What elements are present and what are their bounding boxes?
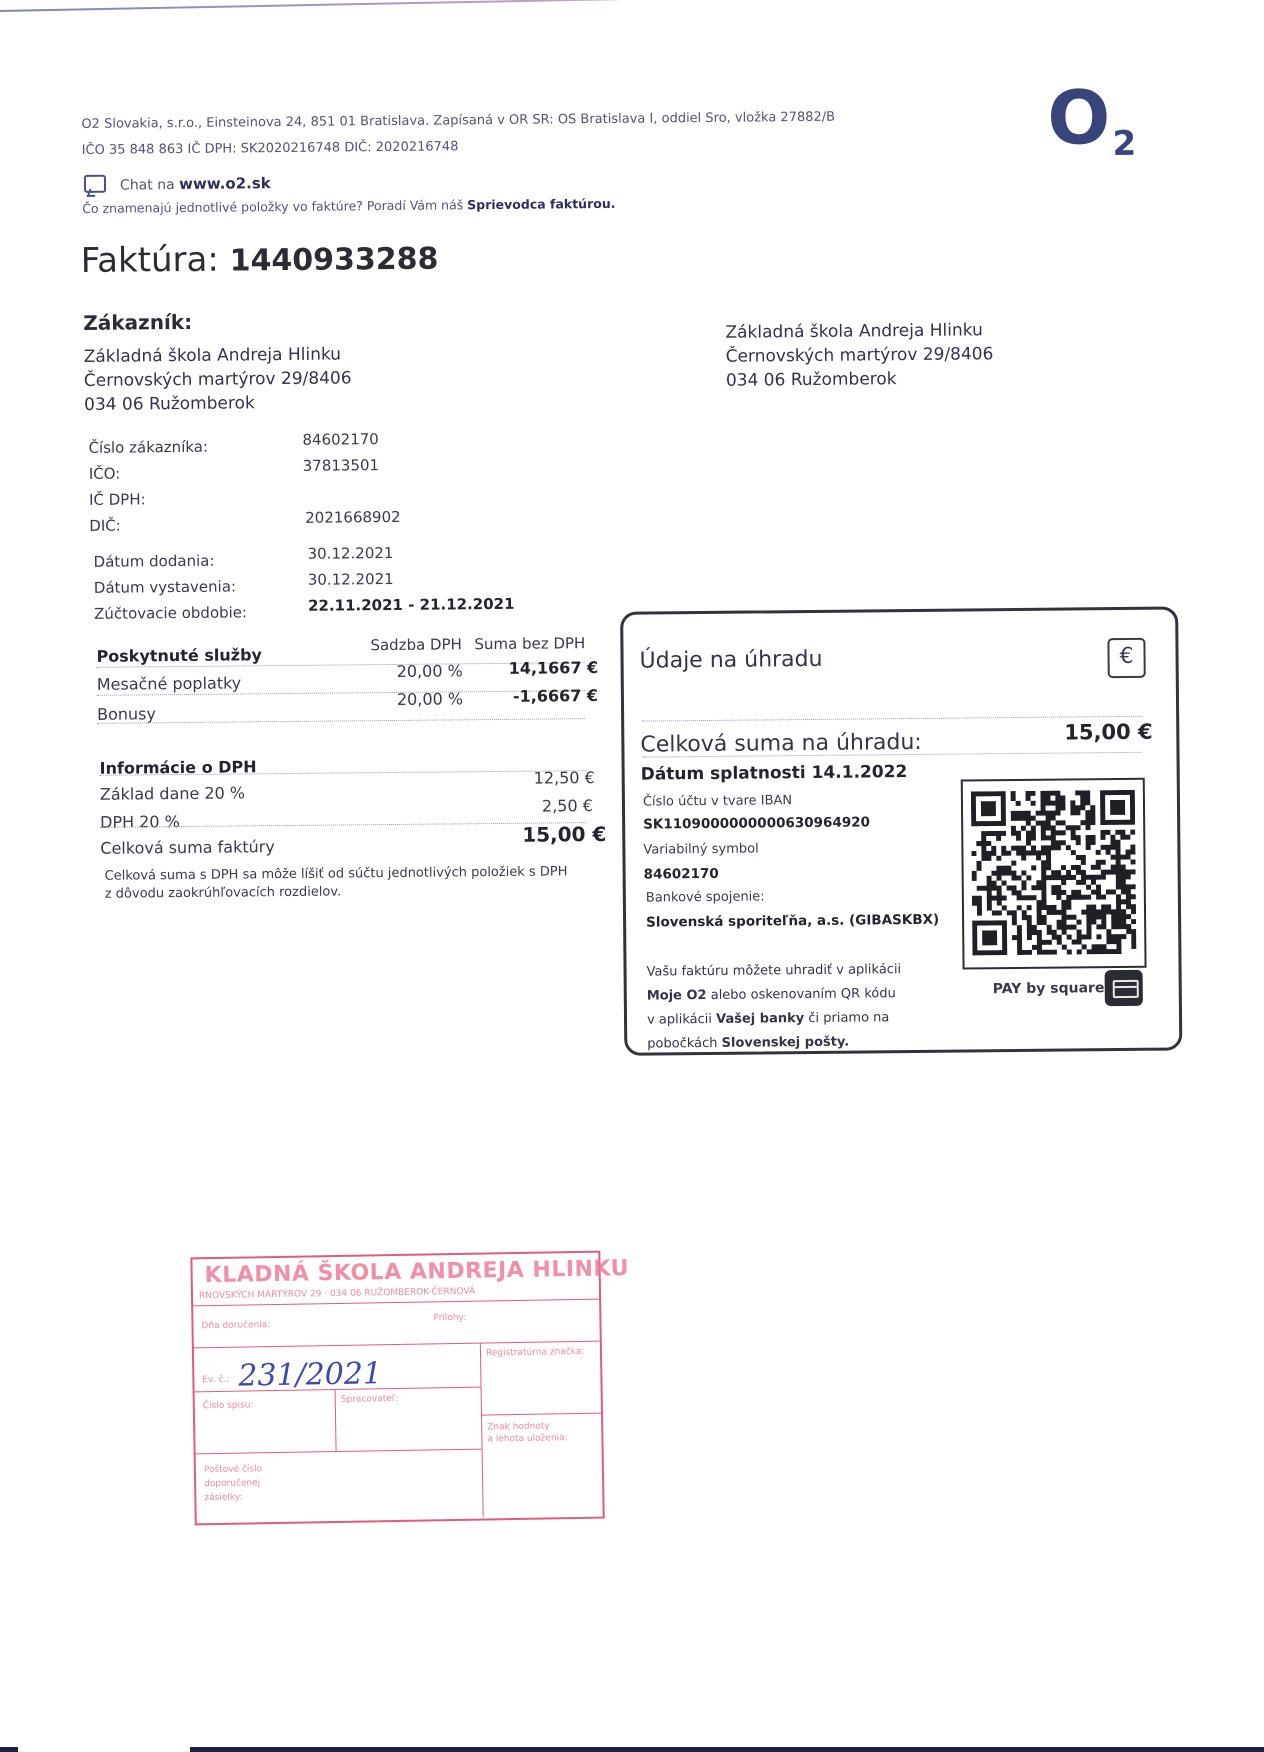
field-label: IČO:	[89, 465, 121, 483]
payment-info-text: Vašu faktúru môžete uhradiť v aplikácii	[647, 962, 902, 979]
field-value-customer-number: 84602170	[302, 430, 379, 449]
stamp-line	[196, 1449, 482, 1455]
stamp-post-label-2: doporučenej	[204, 1478, 260, 1489]
stamp-post-label-3: zásielky:	[204, 1493, 242, 1504]
divider	[97, 718, 585, 724]
service-sum: -1,6667 €	[513, 686, 598, 706]
service-name: Mesačné poplatky	[97, 673, 242, 693]
col-sum-header: Suma bez DPH	[474, 634, 585, 653]
payment-info-text: alebo oskenovaním QR kódu	[706, 986, 895, 1003]
euro-document-icon: €	[1107, 638, 1145, 678]
payment-info: Vašu faktúru môžete uhradiť v aplikácii …	[646, 958, 901, 1056]
stamp-ev-label: Ev. č.:	[202, 1375, 229, 1385]
vat-label: Celková suma faktúry	[100, 837, 275, 858]
issue-date: 30.12.2021	[308, 570, 394, 589]
stamp-registry-label: Registratúrna značka:	[486, 1347, 585, 1359]
rounding-note: Celková suma s DPH sa môže líšiť od súčt…	[105, 864, 568, 883]
vat-base-value: 12,50 €	[534, 768, 595, 788]
payment-info-text: pobočkách	[647, 1036, 721, 1052]
guide-link[interactable]: Sprievodca faktúrou.	[467, 196, 615, 212]
company-ids: IČO 35 848 863 IČ DPH: SK2020216748 DIČ:…	[82, 139, 459, 158]
stamp-line	[480, 1343, 484, 1517]
stamp-retention-label: Znak hodnoty	[487, 1421, 550, 1432]
vat-label: Základ dane 20 %	[100, 783, 245, 803]
invoice-title-label: Faktúra:	[81, 240, 219, 281]
mailing-address: Základná škola Andreja Hlinku Černovskýc…	[725, 318, 993, 393]
iban-value: SK1109000000000630964920	[643, 814, 870, 832]
bank-value: Slovenská sporiteľňa, a.s. (GIBASKBX)	[646, 912, 939, 931]
stamp-post-label: Poštové číslo	[204, 1464, 262, 1475]
bank-app-text: Vašej banky	[716, 1011, 804, 1027]
invoice-number: 1440933288	[229, 242, 438, 279]
iban-label: Číslo účtu v tvare IBAN	[643, 793, 792, 809]
qr-code-frame	[961, 778, 1147, 970]
logo-2: 2	[1112, 124, 1136, 164]
invoice-title: Faktúra: 1440933288	[81, 238, 439, 281]
company-info: O2 Slovakia, s.r.o., Einsteinova 24, 851…	[81, 110, 835, 132]
vs-label: Variabilný symbol	[643, 841, 758, 857]
o2-logo: O2	[1047, 81, 1134, 170]
vat-amount-value: 2,50 €	[542, 796, 593, 815]
billing-period: 22.11.2021 - 21.12.2021	[308, 595, 515, 615]
stamp-subtitle: RNOVSKÝCH MARTÝROV 29 · 034 06 RUŽOMBERO…	[199, 1287, 475, 1302]
moje-o2-text: Moje O2	[647, 988, 707, 1004]
stamp-attachments-label: Prílohy:	[433, 1313, 466, 1324]
chat-line: Chat na www.o2.sk	[84, 173, 271, 194]
field-label: DIČ:	[89, 517, 121, 535]
pay-by-square-label: PAY by square	[993, 980, 1105, 997]
due-date: Dátum splatnosti 14.1.2022	[641, 762, 908, 785]
qr-code[interactable]	[971, 790, 1137, 956]
delivery-date: 30.12.2021	[307, 544, 393, 563]
vat-label: DPH 20 %	[100, 812, 180, 832]
field-label: IČ DPH:	[89, 490, 146, 509]
payment-info-text: v aplikácii	[647, 1012, 716, 1028]
service-rate: 20,00 %	[397, 689, 463, 709]
field-value-ico: 37813501	[303, 456, 380, 475]
stamp-line	[481, 1413, 601, 1416]
service-sum: 14,1667 €	[509, 658, 599, 678]
payment-info-text: či priamo na	[804, 1010, 889, 1026]
field-value-dic: 2021668902	[305, 508, 401, 527]
field-label: Číslo zákazníka:	[88, 438, 208, 457]
bank-label: Bankové spojenie:	[646, 889, 765, 905]
stamp-date-label: Dňa doručenia:	[201, 1320, 270, 1331]
payment-card-icon	[1105, 970, 1143, 1006]
customer-heading: Zákazník:	[83, 310, 192, 335]
payment-heading: Údaje na úhradu	[639, 647, 822, 674]
service-name: Bonusy	[97, 704, 156, 724]
chat-link[interactable]: www.o2.sk	[179, 174, 271, 193]
customer-address: Základná škola Andreja Hlinku Černovskýc…	[84, 342, 352, 417]
payment-box: Údaje na úhradu € Celková suma na úhradu…	[620, 606, 1182, 1055]
guide-line: Čo znamenajú jednotlivé položky vo faktú…	[82, 196, 615, 216]
service-rate: 20,00 %	[397, 661, 463, 681]
invoice-page: O2 Slovakia, s.r.o., Einsteinova 24, 851…	[0, 0, 1264, 1752]
stamp-handler-label: Spracovateľ:	[341, 1394, 399, 1405]
guide-text: Čo znamenajú jednotlivé položky vo faktú…	[82, 197, 463, 216]
total-due-value: 15,00 €	[1064, 720, 1153, 745]
services-heading: Poskytnuté služby	[96, 645, 262, 666]
logo-o: O	[1047, 75, 1111, 162]
stamp-title: KLADNÁ ŠKOLA ANDREJA HLINKU	[204, 1256, 629, 1288]
registry-stamp: KLADNÁ ŠKOLA ANDREJA HLINKU RNOVSKÝCH MA…	[190, 1251, 604, 1526]
stamp-retention-label-2: a lehota uloženia:	[487, 1433, 567, 1444]
invoice-total-value: 15,00 €	[522, 822, 606, 847]
date-label: Zúčtovacie obdobie:	[94, 603, 247, 622]
post-office-text: Slovenskej pošty.	[722, 1035, 850, 1051]
chat-prefix: Chat na	[120, 177, 175, 194]
vs-value: 84602170	[644, 866, 719, 883]
date-label: Dátum vystavenia:	[94, 577, 236, 596]
date-label: Dátum dodania:	[94, 552, 215, 571]
stamp-file-label: Číslo spisu:	[203, 1400, 254, 1411]
col-rate-header: Sadzba DPH	[370, 635, 462, 654]
chat-icon	[84, 175, 106, 193]
rounding-note-2: z dôvodu zaokrúhľovacích rozdielov.	[105, 884, 342, 901]
stamp-line	[335, 1389, 337, 1451]
